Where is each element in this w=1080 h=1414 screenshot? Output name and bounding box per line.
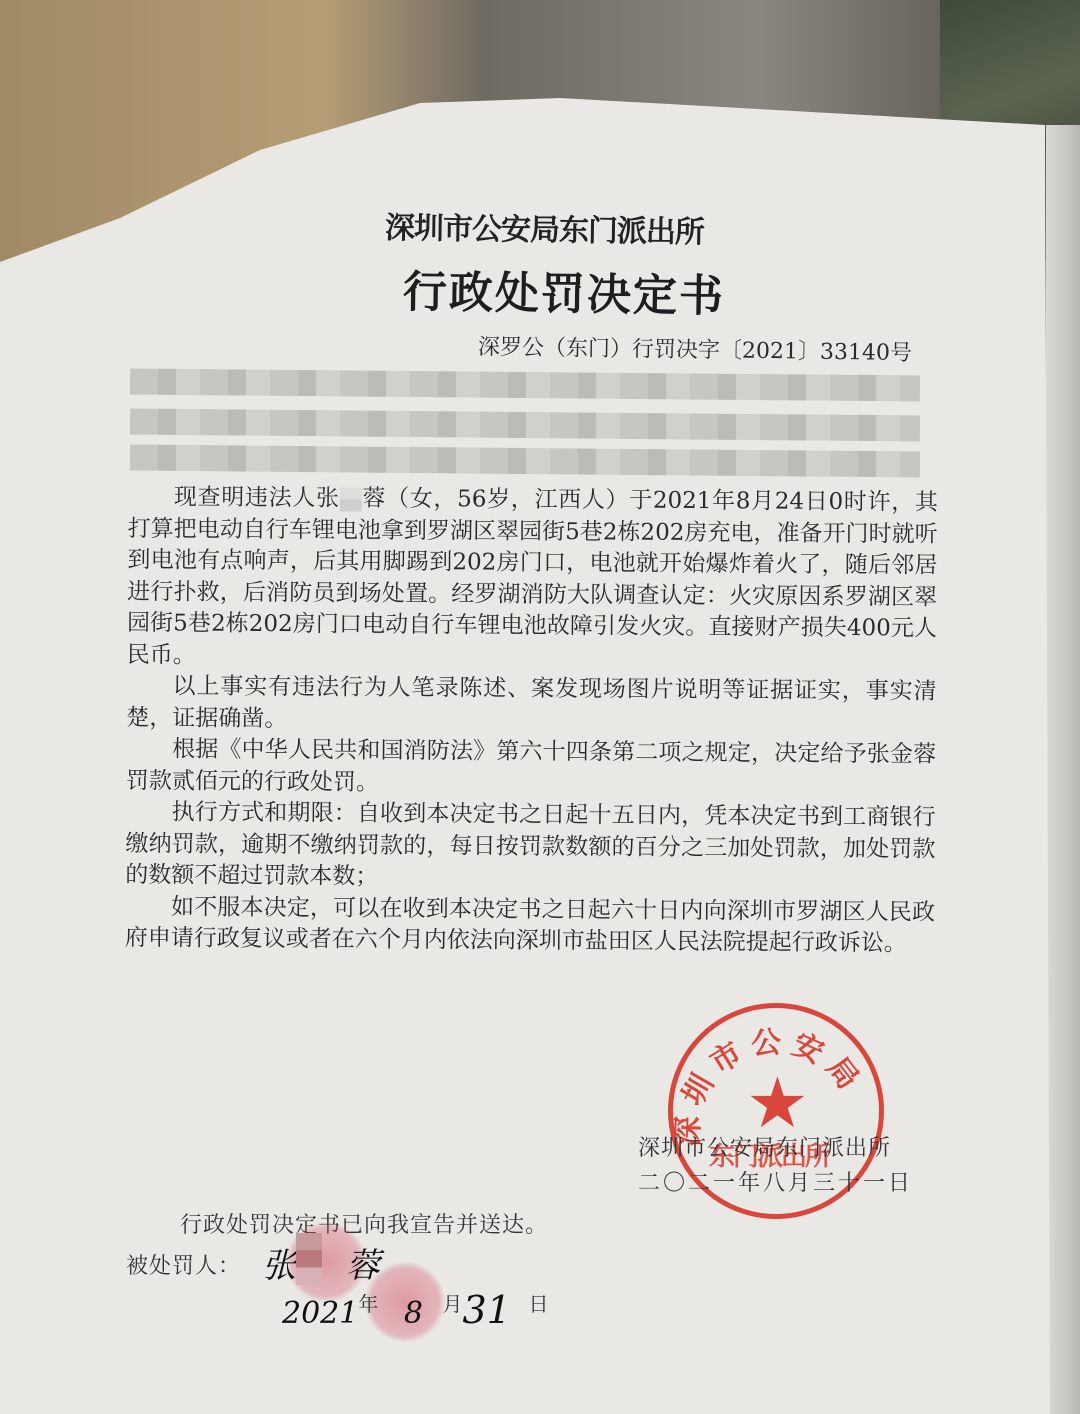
issuer-name: 深圳市公安局东门派出所 bbox=[638, 1131, 891, 1162]
paragraph-facts: 现查明违法人张蓉（女，56岁，江西人）于2021年8月24日0时许，其打算把电动… bbox=[127, 482, 938, 677]
paragraph-evidence: 以上事实有违法行为人笔录陈述、案发现场图片说明等证据证实，事实清楚，证据确凿。 bbox=[126, 671, 936, 740]
document-title: 行政处罚决定书 bbox=[403, 256, 726, 324]
body-text: 现查明违法人张蓉（女，56岁，江西人）于2021年8月24日0时许，其打算把电动… bbox=[125, 482, 938, 960]
redacted-signature-char bbox=[296, 1233, 322, 1285]
organization-title: 深圳市公安局东门派出所 bbox=[385, 203, 705, 251]
acknowledgement-text: 行政处罚决定书已向我宣告并送达。 bbox=[180, 1208, 548, 1239]
star-icon: ★ bbox=[746, 1068, 809, 1138]
document-content: 深圳市公安局东门派出所 行政处罚决定书 深罗公（东门）行罚决字〔2021〕331… bbox=[0, 0, 1080, 1414]
redacted-name bbox=[340, 487, 362, 511]
document-number: 深罗公（东门）行罚决字〔2021〕33140号 bbox=[478, 330, 912, 367]
redacted-personal-info bbox=[130, 372, 930, 482]
issue-date: 二〇二一年八月三十一日 bbox=[638, 1166, 913, 1197]
handwritten-date: 2021年 8 月31 日 bbox=[282, 1288, 548, 1332]
signer-label: 被处罚人： bbox=[126, 1249, 241, 1280]
paragraph-appeal: 如不服本决定，可以在收到本决定书之日起六十日内向深圳市罗湖区人民政府申请行政复议… bbox=[125, 891, 935, 960]
paragraph-decision: 根据《中华人民共和国消防法》第六十四条第二项之规定，决定给予张金蓉罚款贰佰元的行… bbox=[126, 734, 936, 803]
paragraph-execution: 执行方式和期限：自收到本决定书之日起十五日内，凭本决定书到工商银行缴纳罚款，逾期… bbox=[125, 797, 936, 897]
